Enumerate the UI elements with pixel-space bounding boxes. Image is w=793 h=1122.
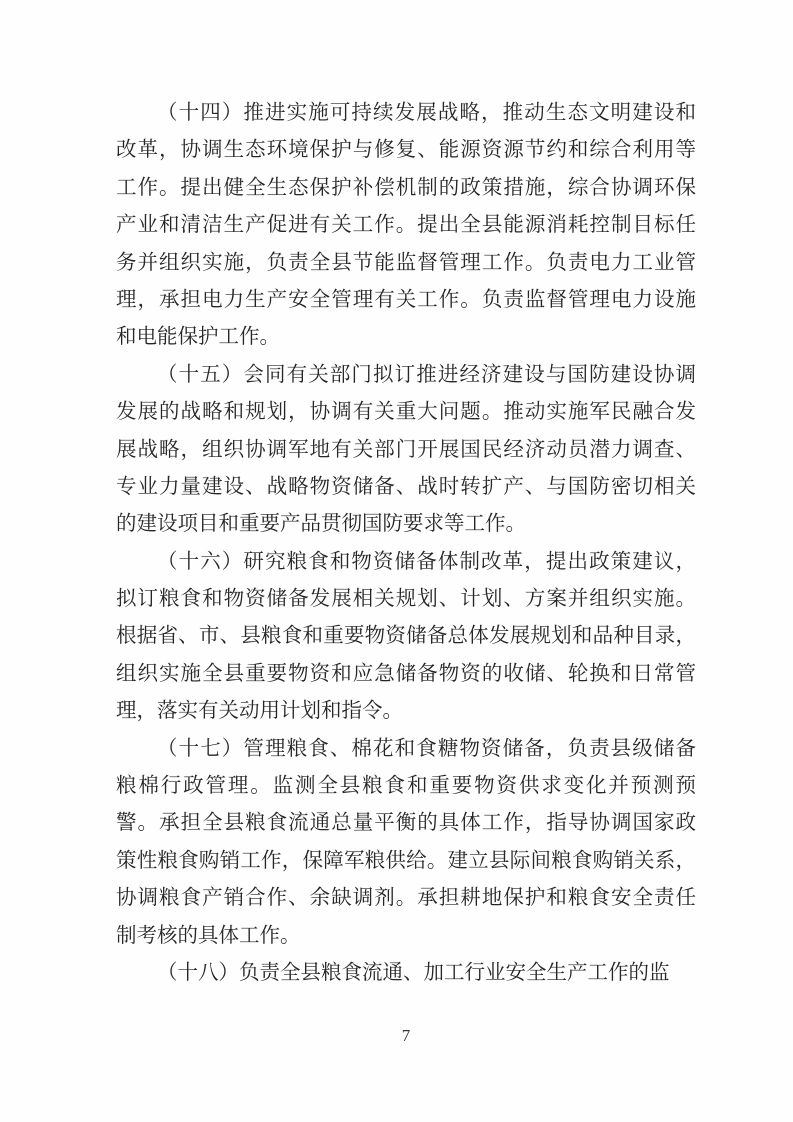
document-page: （十四）推进实施可持续发展战略，推动生态文明建设和改革，协调生态环境保护与修复、… [0,0,793,1122]
paragraph-item-17: （十七）管理粮食、棉花和食糖物资储备，负责县级储备粮棉行政管理。监测全县粮食和重… [116,731,696,955]
text-line: 发展的战略和规划，协调有关重大问题。推动实施军民融合发 [116,394,696,431]
text-line: 策性粮食购销工作，保障军粮供给。建立县际间粮食购销关系， [116,843,696,880]
paragraph-item-16: （十六）研究粮食和物资储备体制改革，提出政策建议，拟订粮食和物资储备发展相关规划… [116,544,696,731]
text-line: 理，承担电力生产安全管理有关工作。负责监督管理电力设施 [116,282,696,319]
text-line: 拟订粮食和物资储备发展相关规划、计划、方案并组织实施。 [116,581,696,618]
text-line: 和电能保护工作。 [116,319,696,356]
text-line: 警。承担全县粮食流通总量平衡的具体工作，指导协调国家政 [116,805,696,842]
document-body: （十四）推进实施可持续发展战略，推动生态文明建设和改革，协调生态环境保护与修复、… [116,95,696,992]
text-line: （十五）会同有关部门拟订推进经济建设与国防建设协调 [116,357,696,394]
paragraph-item-14: （十四）推进实施可持续发展战略，推动生态文明建设和改革，协调生态环境保护与修复、… [116,95,696,357]
text-line: （十七）管理粮食、棉花和食糖物资储备，负责县级储备 [116,731,696,768]
text-line: 务并组织实施，负责全县节能监督管理工作。负责电力工业管 [116,245,696,282]
text-line: 粮棉行政管理。监测全县粮食和重要物资供求变化并预测预 [116,768,696,805]
text-line: （十八）负责全县粮食流通、加工行业安全生产工作的监 [116,955,696,992]
text-line: 展战略，组织协调军地有关部门开展国民经济动员潜力调查、 [116,432,696,469]
text-line: 产业和清洁生产促进有关工作。提出全县能源消耗控制目标任 [116,207,696,244]
text-line: 工作。提出健全生态保护补偿机制的政策措施，综合协调环保 [116,170,696,207]
text-line: 协调粮食产销合作、余缺调剂。承担耕地保护和粮食安全责任 [116,880,696,917]
text-line: 的建设项目和重要产品贯彻国防要求等工作。 [116,506,696,543]
text-line: 根据省、市、县粮食和重要物资储备总体发展规划和品种目录， [116,618,696,655]
text-line: 改革，协调生态环境保护与修复、能源资源节约和综合利用等 [116,132,696,169]
page-number: 7 [116,1024,696,1048]
text-line: 组织实施全县重要物资和应急储备物资的收储、轮换和日常管 [116,656,696,693]
text-line: （十四）推进实施可持续发展战略，推动生态文明建设和 [116,95,696,132]
paragraph-item-15: （十五）会同有关部门拟订推进经济建设与国防建设协调发展的战略和规划，协调有关重大… [116,357,696,544]
text-line: （十六）研究粮食和物资储备体制改革，提出政策建议， [116,544,696,581]
text-line: 理，落实有关动用计划和指令。 [116,693,696,730]
paragraph-item-18: （十八）负责全县粮食流通、加工行业安全生产工作的监 [116,955,696,992]
text-line: 专业力量建设、战略物资储备、战时转扩产、与国防密切相关 [116,469,696,506]
text-line: 制考核的具体工作。 [116,918,696,955]
